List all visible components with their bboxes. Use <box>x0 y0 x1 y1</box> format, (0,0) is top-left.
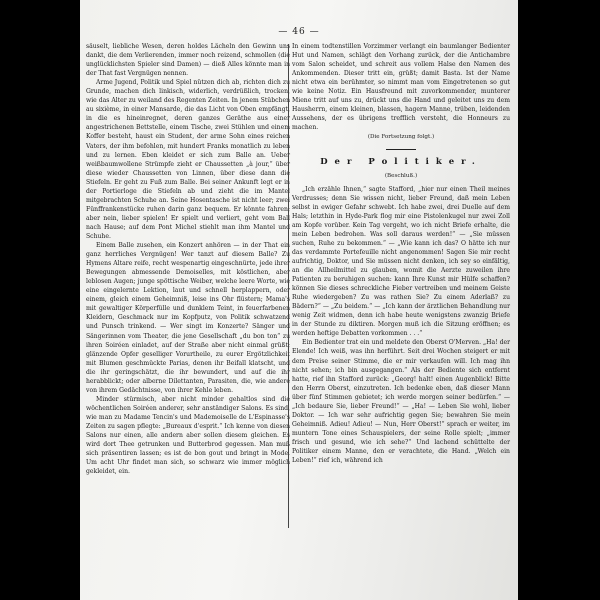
paragraph: In einem todtenstillen Vorzimmer verlang… <box>292 42 510 132</box>
page-number: — 46 — <box>80 27 518 37</box>
column-divider <box>288 44 289 528</box>
paragraph: Einem Balle zusehen, ein Konzert anhören… <box>86 241 290 395</box>
paragraph: Ein Bedienter trat ein und meldete den O… <box>292 338 510 465</box>
section-separator <box>386 149 416 150</box>
paragraph: „Ich erzähle Ihnen,“ sagte Stafford, „hi… <box>292 185 510 339</box>
to-be-continued-note: (Die Fortsetzung folgt.) <box>292 133 510 142</box>
article-subtitle: (Beschluß.) <box>292 172 510 181</box>
scanned-page: — 46 — säuselt, liebliche Wesen, deren h… <box>80 0 518 600</box>
right-column: In einem todtenstillen Vorzimmer verlang… <box>292 42 510 465</box>
article-title: Der Politiker. <box>292 158 510 167</box>
paragraph: säuselt, liebliche Wesen, deren holdes L… <box>86 42 290 78</box>
left-column: säuselt, liebliche Wesen, deren holdes L… <box>86 42 290 476</box>
paragraph: Arme Jugend, Politik und Spiel nützen di… <box>86 78 290 241</box>
paragraph: Minder stürmisch, aber nicht minder geha… <box>86 395 290 476</box>
